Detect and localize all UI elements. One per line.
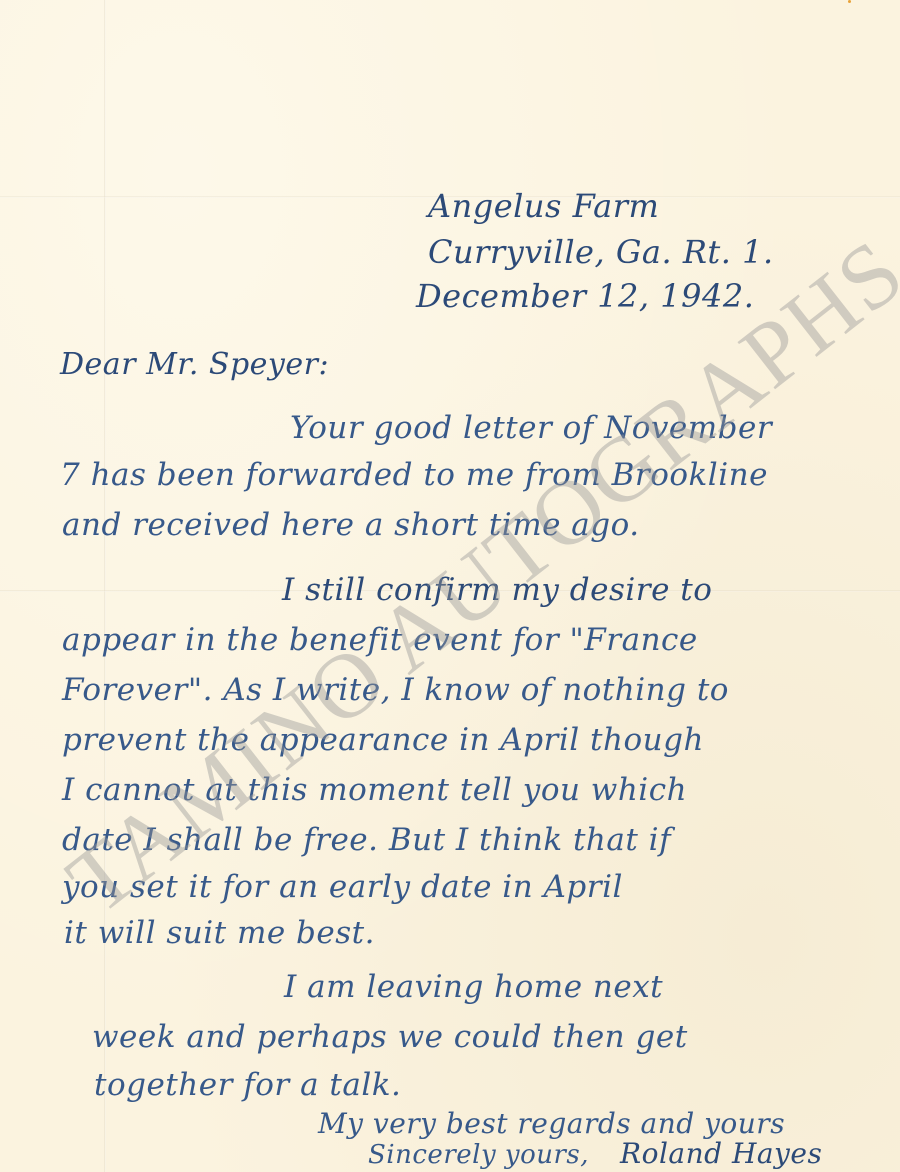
body-line: prevent the appearance in April though	[62, 725, 704, 756]
body-line: week and perhaps we could then get	[92, 1022, 688, 1053]
body-line: appear in the benefit event for "France	[62, 625, 698, 656]
letter-paper: Angelus Farm Curryville, Ga. Rt. 1. Dece…	[0, 0, 900, 1172]
vertical-fold-line	[104, 0, 106, 1172]
closing-sincerely: Sincerely yours,	[368, 1142, 589, 1168]
closing-line: My very best regards and yours	[318, 1110, 785, 1138]
body-line: Your good letter of November	[290, 413, 772, 444]
body-line: you set it for an early date in April	[62, 872, 623, 903]
header-address-line1: Angelus Farm	[428, 190, 659, 222]
body-line: I still confirm my desire to	[282, 575, 712, 606]
header-date: December 12, 1942.	[416, 280, 754, 312]
body-line: I cannot at this moment tell you which	[62, 775, 687, 806]
header-address-line2: Curryville, Ga. Rt. 1.	[428, 236, 774, 268]
body-line: 7 has been forwarded to me from Brooklin…	[60, 460, 768, 491]
paper-stain-speck	[848, 0, 851, 3]
body-line: and received here a short time ago.	[62, 510, 640, 541]
body-line: I am leaving home next	[284, 972, 663, 1003]
salutation: Dear Mr. Speyer:	[60, 350, 329, 380]
body-line: Forever". As I write, I know of nothing …	[62, 675, 729, 706]
body-line: date I shall be free. But I think that i…	[62, 825, 671, 856]
signature: Roland Hayes	[620, 1140, 822, 1168]
body-line: together for a talk.	[94, 1070, 401, 1101]
body-line: it will suit me best.	[64, 918, 375, 949]
